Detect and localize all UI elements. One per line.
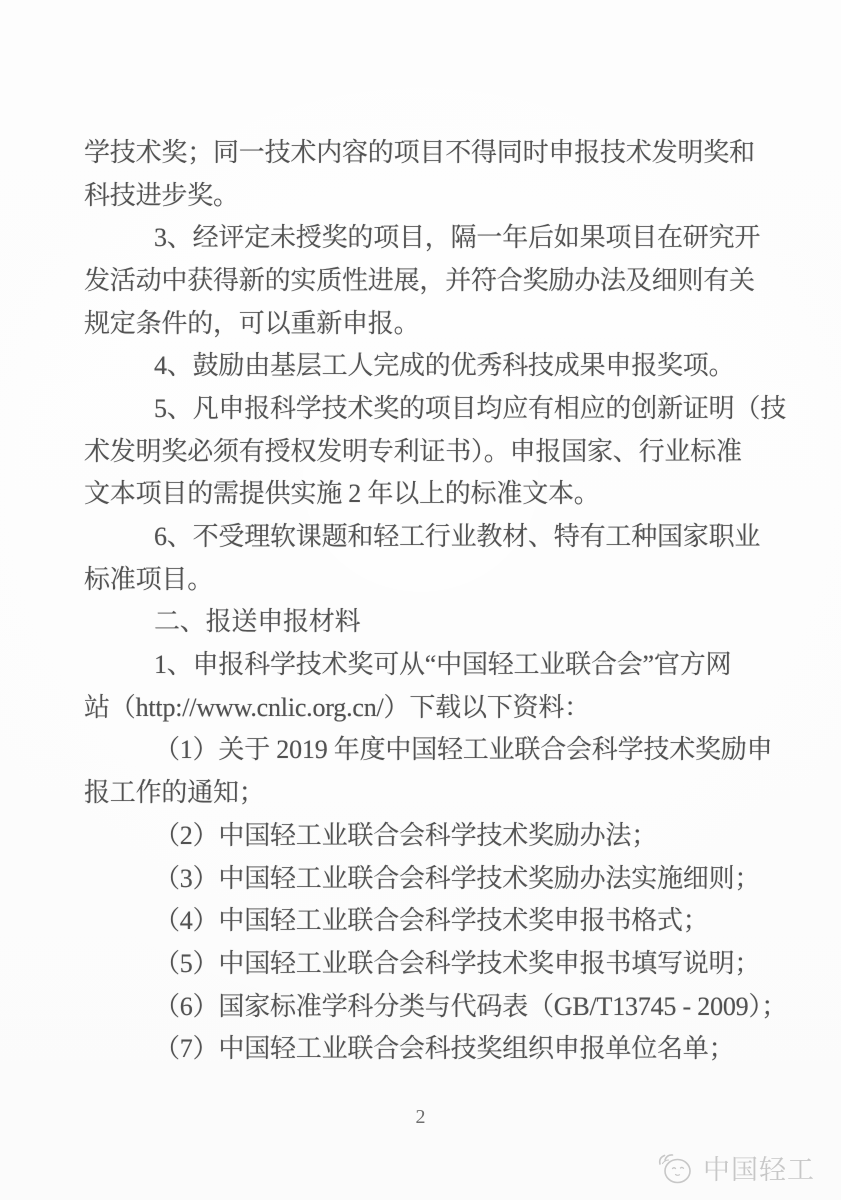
text-line: 术发明奖必须有授权发明专利证书）。申报国家、行业标准 — [84, 428, 760, 471]
text-line: 标准项目。 — [84, 556, 760, 599]
text-line: （5）中国轻工业联合会科学技术奖申报书填写说明； — [84, 940, 760, 983]
text-line: 1、申报科学技术奖可从“中国轻工业联合会”官方网 — [84, 641, 760, 684]
text-line: 5、凡申报科学技术奖的项目均应有相应的创新证明（技 — [84, 385, 760, 428]
text-line: （1）关于 2019 年度中国轻工业联合会科学技术奖励申 — [84, 727, 760, 770]
text-line: 发活动中获得新的实质性进展，并符合奖励办法及细则有关 — [84, 257, 760, 300]
text-line: 二、报送申报材料 — [84, 599, 760, 642]
text-line: 科技进步奖。 — [84, 172, 760, 215]
text-line: 3、经评定未授奖的项目，隔一年后如果项目在研究开 — [84, 214, 760, 257]
watermark-label: 中国轻工 — [703, 1148, 815, 1187]
text-line: 站（http://www.cnlic.org.cn/）下载以下资料： — [84, 684, 760, 727]
scanned-page: 学技术奖；同一技术内容的项目不得同时申报技术发明奖和科技进步奖。3、经评定未授奖… — [0, 0, 841, 1200]
china-light-industry-logo-icon — [656, 1151, 694, 1185]
text-line: 规定条件的，可以重新申报。 — [84, 300, 760, 343]
document-body: 学技术奖；同一技术内容的项目不得同时申报技术发明奖和科技进步奖。3、经评定未授奖… — [84, 129, 760, 1068]
text-line: （3）中国轻工业联合会科学技术奖励办法实施细则； — [84, 855, 760, 898]
brand-watermark: 中国轻工 — [656, 1148, 815, 1187]
text-line: 文本项目的需提供实施 2 年以上的标准文本。 — [84, 471, 760, 514]
text-line: （2）中国轻工业联合会科学技术奖励办法； — [84, 812, 760, 855]
text-line: 学技术奖；同一技术内容的项目不得同时申报技术发明奖和 — [84, 129, 760, 172]
text-line: 报工作的通知； — [84, 769, 760, 812]
text-line: （7）中国轻工业联合会科技奖组织申报单位名单； — [84, 1025, 760, 1068]
text-line: 6、不受理软课题和轻工行业教材、特有工种国家职业 — [84, 513, 760, 556]
text-line: （6）国家标准学科分类与代码表（GB/T13745 - 2009）； — [84, 983, 760, 1026]
page-number: 2 — [0, 1106, 841, 1129]
text-line: （4）中国轻工业联合会科学技术奖申报书格式； — [84, 897, 760, 940]
text-line: 4、鼓励由基层工人完成的优秀科技成果申报奖项。 — [84, 342, 760, 385]
